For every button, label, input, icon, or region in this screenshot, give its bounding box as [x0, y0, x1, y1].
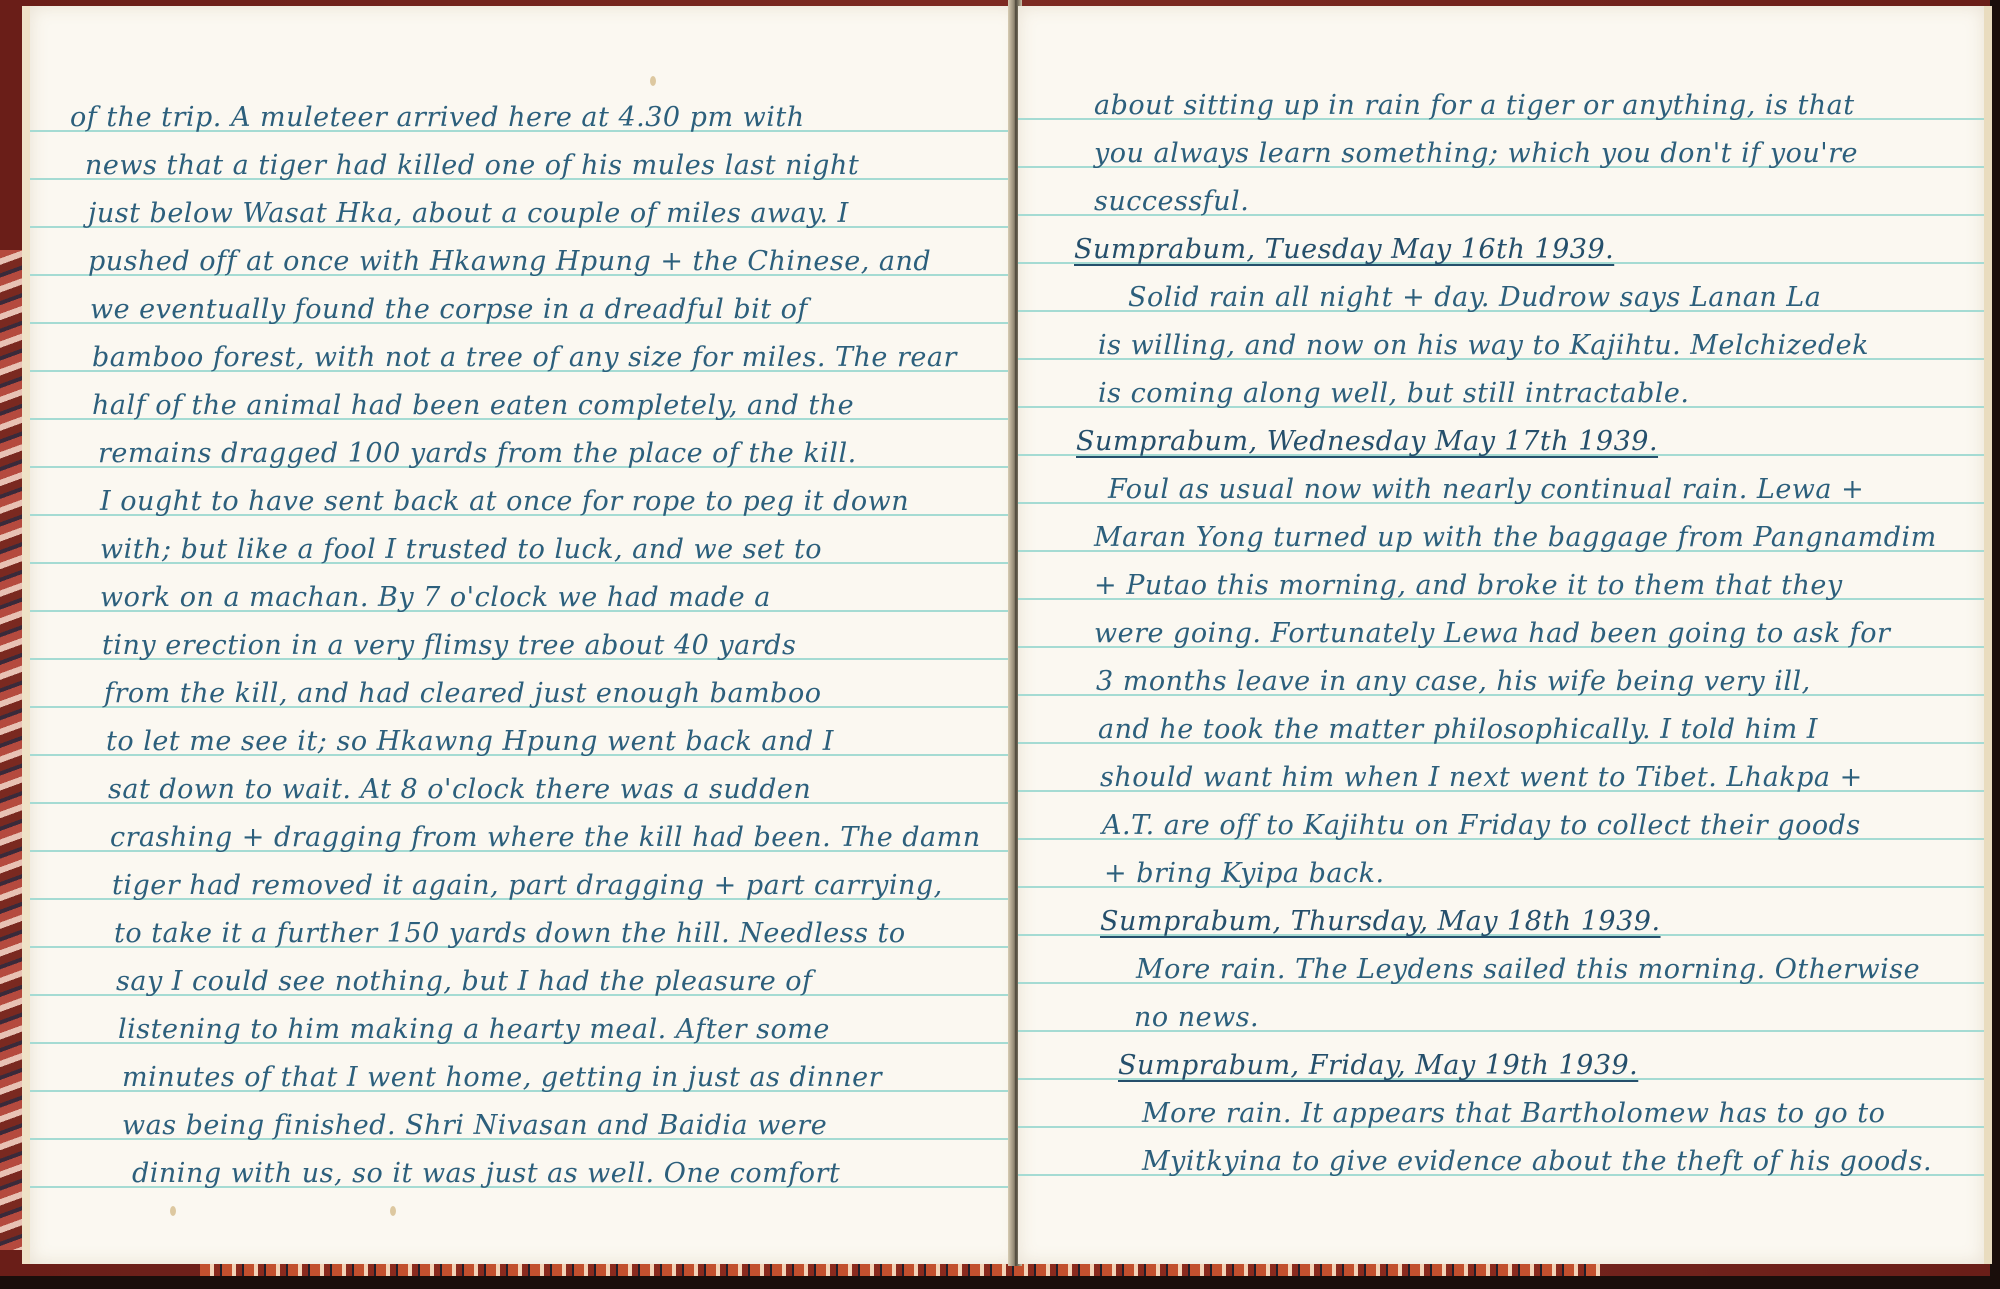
diary-line: from the kill, and had cleared just enou…	[104, 678, 821, 709]
diary-line: of the trip. A muleteer arrived here at …	[70, 102, 805, 133]
right-page: about sitting up in rain for a tiger or …	[1018, 6, 1992, 1264]
diary-line: bamboo forest, with not a tree of any si…	[92, 342, 957, 373]
diary-line: Foul as usual now with nearly continual …	[1108, 474, 1864, 505]
entry-heading-may-17: Sumprabum, Wednesday May 17th 1939.	[1076, 426, 1658, 457]
diary-line: minutes of that I went home, getting in …	[122, 1062, 882, 1093]
age-stain	[170, 1206, 176, 1216]
diary-line: listening to him making a hearty meal. A…	[118, 1014, 830, 1045]
diary-line: + Putao this morning, and broke it to th…	[1094, 570, 1843, 601]
diary-line: was being finished. Shri Nivasan and Bai…	[122, 1110, 827, 1141]
diary-line: and he took the matter philosophically. …	[1098, 714, 1818, 745]
entry-heading-may-16: Sumprabum, Tuesday May 16th 1939.	[1074, 234, 1614, 265]
diary-line: work on a machan. By 7 o'clock we had ma…	[100, 582, 771, 613]
diary-line: you always learn something; which you do…	[1094, 138, 1858, 169]
diary-line: we eventually found the corpse in a drea…	[90, 294, 808, 325]
diary-line: news that a tiger had killed one of his …	[85, 150, 859, 181]
diary-line: I ought to have sent back at once for ro…	[100, 486, 909, 517]
diary-line: pushed off at once with Hkawng Hpung + t…	[88, 246, 931, 277]
diary-line: crashing + dragging from where the kill …	[110, 822, 981, 853]
diary-line: Solid rain all night + day. Dudrow says …	[1128, 282, 1821, 313]
diary-line: should want him when I next went to Tibe…	[1100, 762, 1863, 793]
left-page: of the trip. A muleteer arrived here at …	[22, 6, 1020, 1264]
diary-line: to take it a further 150 yards down the …	[114, 918, 906, 949]
diary-line: successful.	[1094, 186, 1249, 217]
diary-line: no news.	[1134, 1002, 1259, 1033]
diary-line: remains dragged 100 yards from the place…	[98, 438, 857, 469]
age-stain	[390, 1206, 396, 1216]
diary-line: A.T. are off to Kajihtu on Friday to col…	[1102, 810, 1861, 841]
diary-line: + bring Kyipa back.	[1104, 858, 1385, 889]
diary-line: were going. Fortunately Lewa had been go…	[1094, 618, 1890, 649]
diary-line: sat down to wait. At 8 o'clock there was…	[108, 774, 811, 805]
diary-line: is coming along well, but still intracta…	[1098, 378, 1689, 409]
marbled-edge-left	[0, 250, 22, 1250]
ink-blot	[650, 76, 656, 86]
diary-line: half of the animal had been eaten comple…	[92, 390, 854, 421]
diary-line: tiny erection in a very flimsy tree abou…	[102, 630, 796, 661]
diary-line: is willing, and now on his way to Kajiht…	[1098, 330, 1869, 361]
entry-heading-may-19: Sumprabum, Friday, May 19th 1939.	[1118, 1050, 1638, 1081]
diary-line: say I could see nothing, but I had the p…	[116, 966, 813, 997]
diary-line: tiger had removed it again, part draggin…	[112, 870, 943, 901]
diary-line: with; but like a fool I trusted to luck,…	[100, 534, 822, 565]
diary-line: to let me see it; so Hkawng Hpung went b…	[106, 726, 834, 757]
diary-line: about sitting up in rain for a tiger or …	[1094, 90, 1855, 121]
diary-line: Myitkyina to give evidence about the the…	[1142, 1146, 1932, 1177]
marbled-edge-bottom	[200, 1262, 1600, 1276]
diary-line: More rain. The Leydens sailed this morni…	[1136, 954, 1920, 985]
entry-heading-may-18: Sumprabum, Thursday, May 18th 1939.	[1100, 906, 1661, 937]
diary-line: More rain. It appears that Bartholomew h…	[1142, 1098, 1885, 1129]
diary-line: Maran Yong turned up with the baggage fr…	[1094, 522, 1937, 553]
diary-line: dining with us, so it was just as well. …	[132, 1158, 840, 1189]
diary-line: just below Wasat Hka, about a couple of …	[88, 198, 849, 229]
diary-line: 3 months leave in any case, his wife bei…	[1096, 666, 1811, 697]
